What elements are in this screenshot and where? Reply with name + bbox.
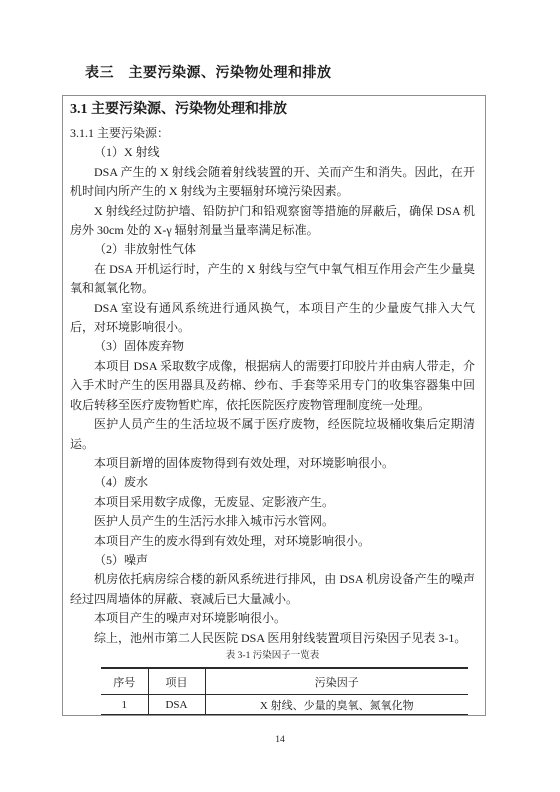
paragraph: （4）废水 [70, 473, 475, 492]
paragraph: 3.1.1 主要污染源： [70, 124, 475, 143]
paragraph: DSA 产生的 X 射线会随着射线装置的开、关而产生和消失。因此，在开机时间内所… [70, 163, 475, 202]
page-title: 表三 主要污染源、污染物处理和排放 [85, 62, 332, 82]
paragraph: 综上，池州市第二人民医院 DSA 医用射线装置项目污染因子见表 3-1。 [70, 629, 475, 648]
paragraph: （5）噪声 [70, 551, 475, 570]
paragraph: X 射线经过防护墙、铅防护门和铅观察窗等措施的屏蔽后，确保 DSA 机房外 30… [70, 202, 475, 241]
paragraph: 本项目产生的噪声对环境影响很小。 [70, 609, 475, 628]
table-cell-no: 1 [101, 695, 148, 716]
paragraph: 本项目采用数字成像，无废显、定影液产生。 [70, 493, 475, 512]
paragraph: 本项目产生的废水得到有效处理，对环境影响很小。 [70, 532, 475, 551]
table-cell-item: DSA [148, 695, 205, 716]
section-heading: 3.1 主要污染源、污染物处理和排放 [70, 99, 475, 121]
paragraph: （1）X 射线 [70, 143, 475, 162]
section-body: 3.1.1 主要污染源： （1）X 射线 DSA 产生的 X 射线会随着射线装置… [70, 124, 475, 648]
pollutant-factor-table: 序号 项目 污染因子 1 DSA X 射线、少量的臭氧、氮氧化物 [101, 667, 468, 716]
page-number: 14 [0, 735, 560, 745]
table-header-item: 项目 [148, 668, 205, 695]
paragraph: （3）固体废弃物 [70, 337, 475, 356]
content-box-inner: 3.1 主要污染源、污染物处理和排放 3.1.1 主要污染源： （1）X 射线 … [63, 96, 485, 716]
table-cell-factor: X 射线、少量的臭氧、氮氧化物 [205, 695, 468, 716]
paragraph: 在 DSA 开机运行时，产生的 X 射线与空气中氧气相互作用会产生少量臭氧和氮氧… [70, 260, 475, 299]
paragraph: DSA 室设有通风系统进行通风换气，本项目产生的少量废气排入大气后，对环境影响很… [70, 299, 475, 338]
table-row: 1 DSA X 射线、少量的臭氧、氮氧化物 [101, 695, 468, 716]
table-header-no: 序号 [101, 668, 148, 695]
table-header-factor: 污染因子 [205, 668, 468, 695]
paragraph: 本项目 DSA 采取数字成像，根据病人的需要打印胶片并由病人带走，介入手术时产生… [70, 357, 475, 415]
paragraph: 医护人员产生的生活垃圾不属于医疗废物，经医院垃圾桶收集后定期清运。 [70, 415, 475, 454]
paragraph: 本项目新增的固体废物得到有效处理，对环境影响很小。 [70, 454, 475, 473]
table-header-row: 序号 项目 污染因子 [101, 668, 468, 695]
paragraph: （2）非放射性气体 [70, 240, 475, 259]
paragraph: 医护人员产生的生活污水排入城市污水管网。 [70, 512, 475, 531]
paragraph: 机房依托病房综合楼的新风系统进行排风，由 DSA 机房设备产生的噪声经过四周墙体… [70, 570, 475, 609]
content-box: 3.1 主要污染源、污染物处理和排放 3.1.1 主要污染源： （1）X 射线 … [62, 95, 486, 716]
table-caption: 表 3-1 污染因子一览表 [70, 650, 475, 663]
